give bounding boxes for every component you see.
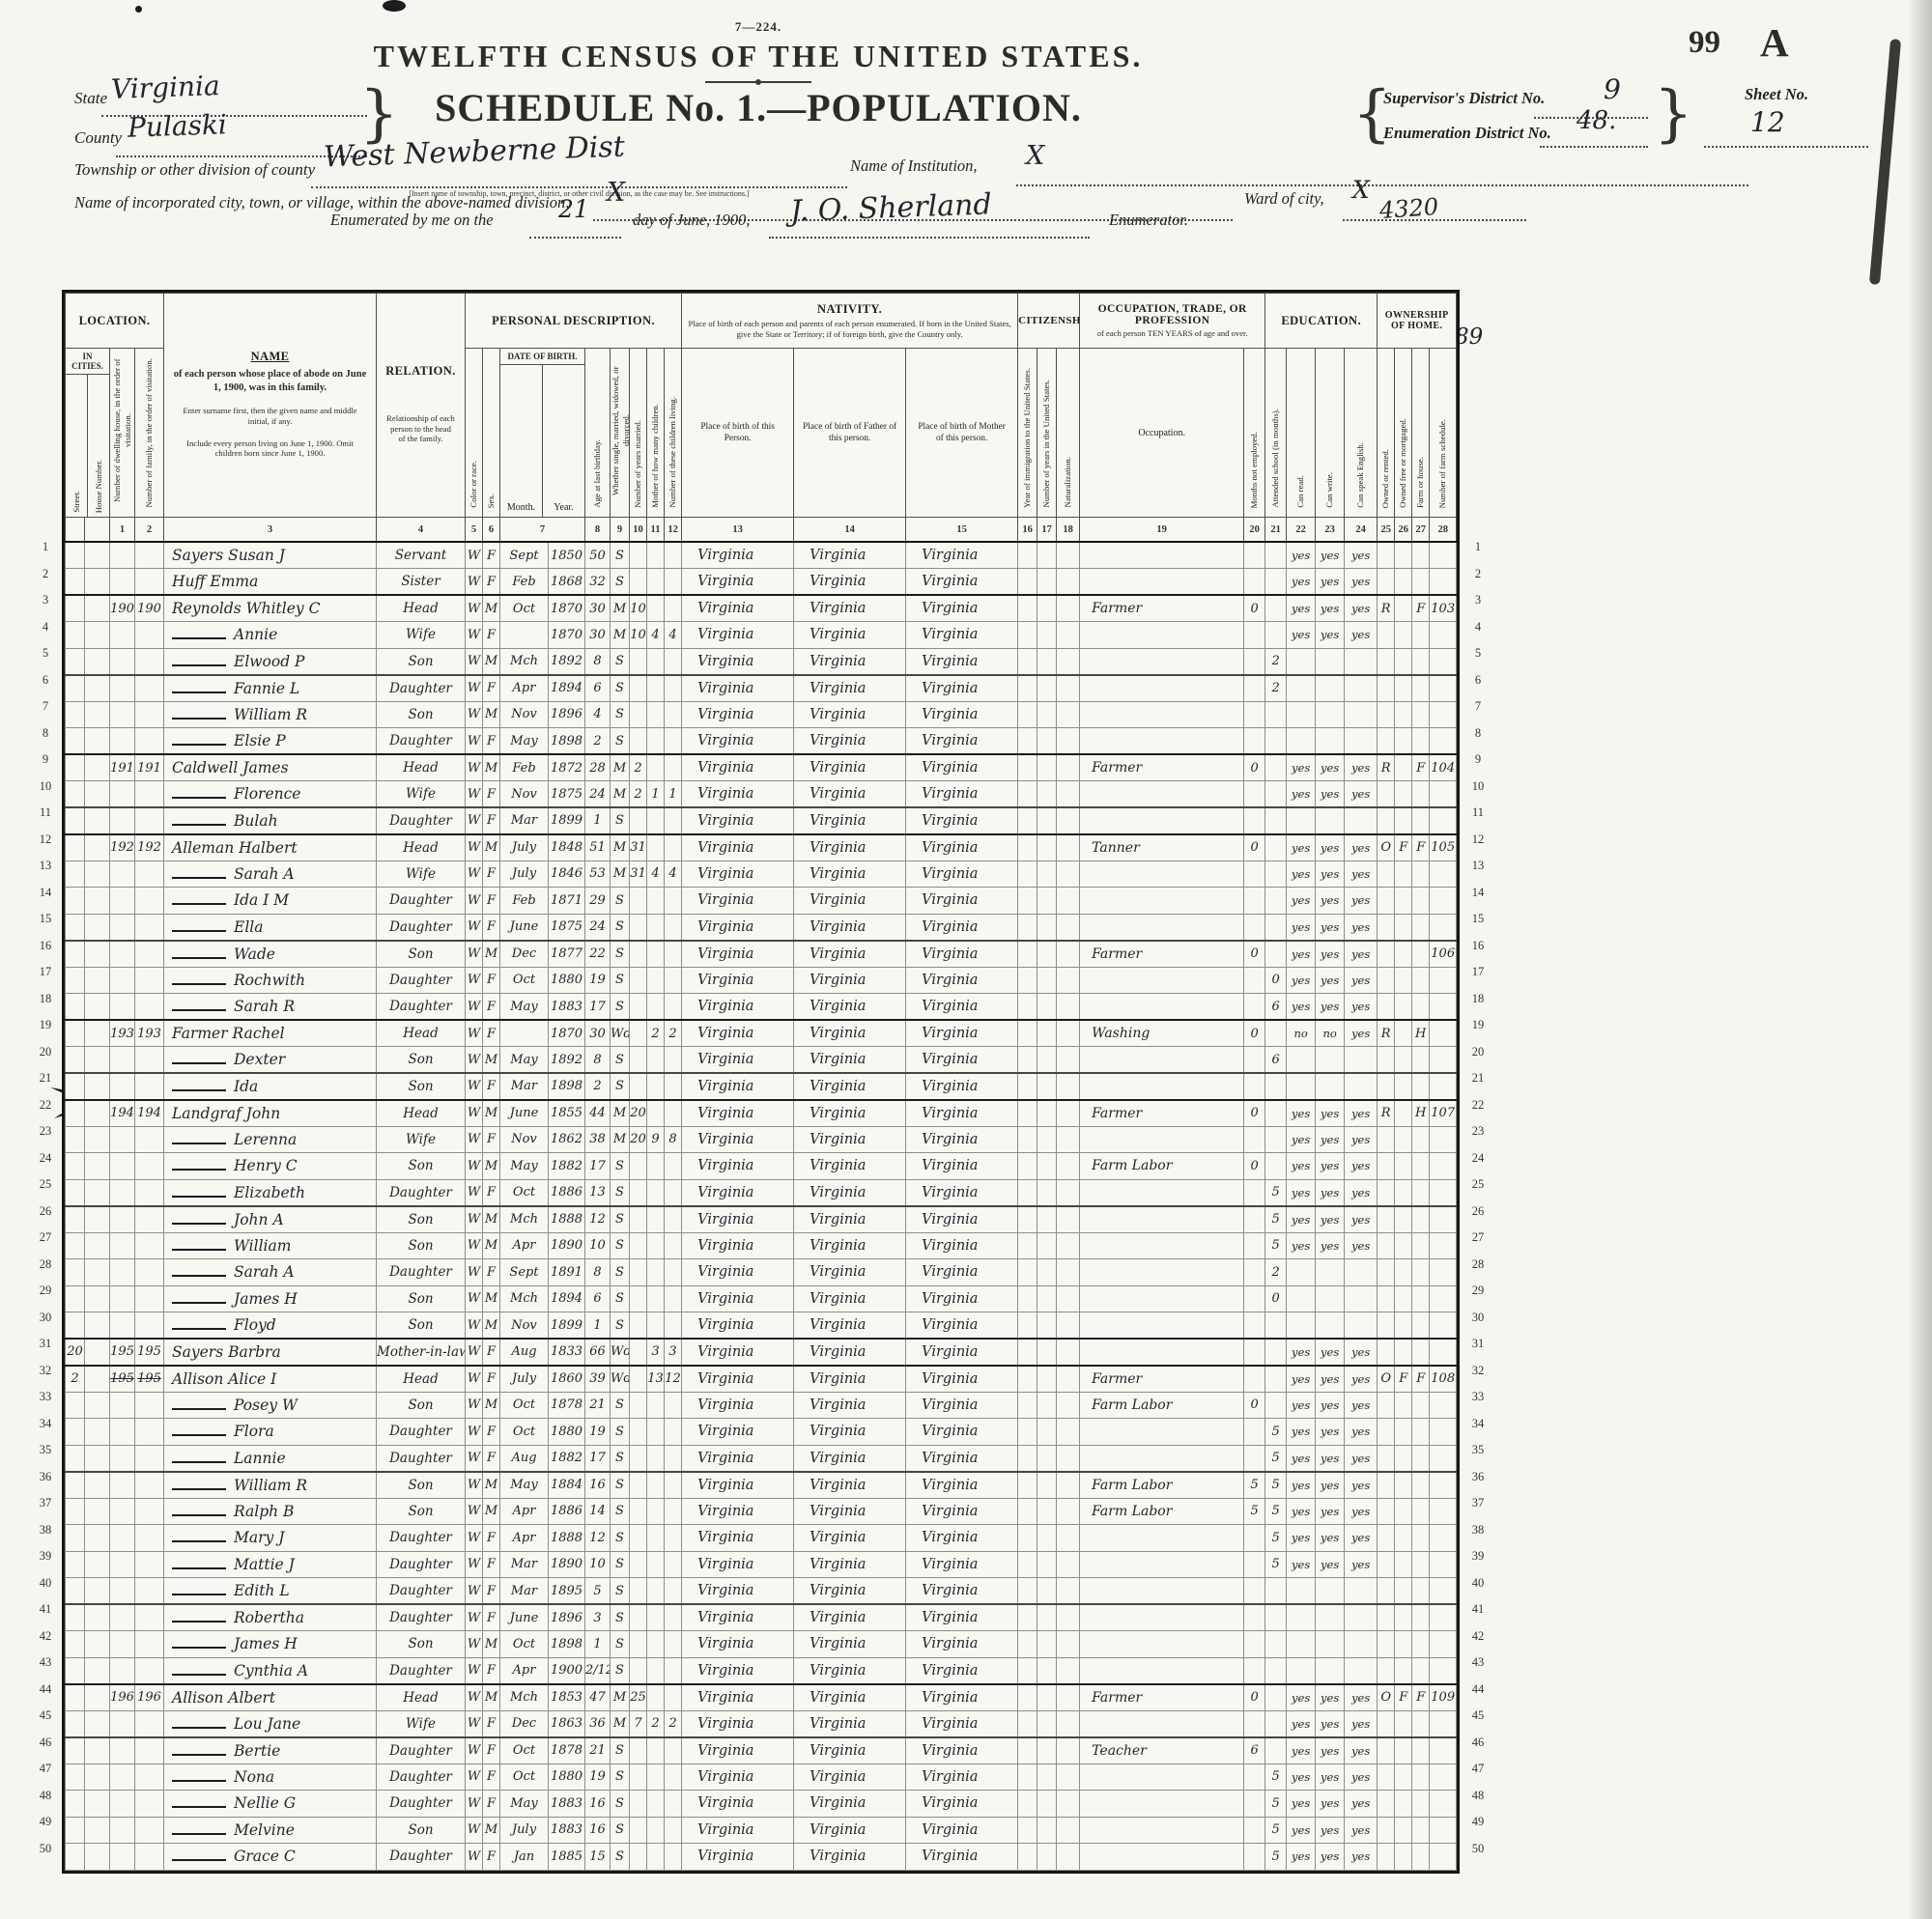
cell-relation: Daughter bbox=[377, 994, 466, 1021]
sheet-value: 12 bbox=[1750, 106, 1785, 138]
cell-sex: F bbox=[483, 1578, 500, 1605]
cell-immigration bbox=[1018, 1392, 1037, 1419]
cell-mother-of bbox=[647, 1525, 665, 1552]
cell-sex: F bbox=[483, 1737, 500, 1764]
cell-can-read: yes bbox=[1287, 1153, 1316, 1180]
cell-immigration bbox=[1018, 1657, 1037, 1684]
person-row: 20195195Sayers BarbraMother-in-lawWFAug1… bbox=[66, 1339, 1457, 1366]
cell-relation: Son bbox=[377, 1073, 466, 1100]
column-number: 12 bbox=[665, 518, 682, 543]
cell-age: 66 bbox=[585, 1339, 611, 1366]
header-free-mortgaged: Owned free or mortgaged. bbox=[1395, 349, 1412, 518]
header-location: LOCATION. bbox=[66, 294, 164, 349]
cell-sex: F bbox=[483, 1339, 500, 1366]
cell-occupation bbox=[1080, 1764, 1244, 1791]
cell-children-living bbox=[665, 1073, 682, 1100]
cell-farm-house bbox=[1412, 675, 1430, 702]
cell-farm-schedule: 104 bbox=[1430, 754, 1457, 781]
cell-street bbox=[66, 701, 85, 728]
cell-can-write: yes bbox=[1316, 941, 1345, 968]
cell-mother-of: 4 bbox=[647, 622, 665, 649]
cell-immigration bbox=[1018, 914, 1037, 941]
cell-color: W bbox=[466, 1259, 483, 1286]
cell-name: Alleman Halbert bbox=[164, 834, 377, 861]
cell-relation: Daughter bbox=[377, 807, 466, 834]
cell-marital: S bbox=[611, 1657, 630, 1684]
cell-attended-school: 2 bbox=[1265, 1259, 1287, 1286]
cell-mother-of bbox=[647, 1844, 665, 1871]
cell-can-speak-english: yes bbox=[1345, 1020, 1378, 1047]
cell-house-number bbox=[85, 1684, 110, 1711]
cell-can-speak-english: yes bbox=[1345, 1179, 1378, 1206]
cell-street bbox=[66, 1419, 85, 1446]
cell-dwelling-number bbox=[110, 1285, 135, 1312]
cell-name: Melvine bbox=[164, 1817, 377, 1844]
sheet-label: Sheet No. bbox=[1745, 85, 1808, 104]
cell-years-married: 2 bbox=[630, 781, 647, 808]
cell-months-not-employed bbox=[1244, 675, 1265, 702]
cell-can-read bbox=[1287, 1578, 1316, 1605]
cell-children-living bbox=[665, 1631, 682, 1658]
signature-line bbox=[769, 236, 1090, 239]
cell-pob-mother: Virginia bbox=[906, 1657, 1018, 1684]
cell-birth-year: 1895 bbox=[549, 1578, 585, 1605]
cell-farm-house bbox=[1412, 701, 1430, 728]
cell-marital: M bbox=[611, 1126, 630, 1153]
cell-age: 44 bbox=[585, 1100, 611, 1127]
cell-age: 2 bbox=[585, 1073, 611, 1100]
cell-immigration bbox=[1018, 994, 1037, 1021]
cell-birth-month: Oct bbox=[500, 1419, 549, 1446]
cell-sex: F bbox=[483, 1657, 500, 1684]
cell-dwelling-number bbox=[110, 1791, 135, 1818]
cell-pob-father: Virginia bbox=[794, 1020, 906, 1047]
cell-can-speak-english: yes bbox=[1345, 569, 1378, 596]
cell-can-write: yes bbox=[1316, 622, 1345, 649]
cell-children-living bbox=[665, 1472, 682, 1499]
cell-pob-person: Virginia bbox=[682, 1817, 794, 1844]
cell-street bbox=[66, 1710, 85, 1737]
line-number: 7 bbox=[33, 693, 58, 720]
cell-years-in-us bbox=[1037, 1657, 1057, 1684]
cell-naturalization bbox=[1057, 1392, 1080, 1419]
cell-pob-person: Virginia bbox=[682, 1578, 794, 1605]
cell-marital: S bbox=[611, 1445, 630, 1472]
cell-immigration bbox=[1018, 569, 1037, 596]
cell-house-number bbox=[85, 1844, 110, 1871]
cell-free-mortgaged bbox=[1395, 1844, 1412, 1871]
cell-dwelling-number: 190 bbox=[110, 595, 135, 622]
person-row: EllaDaughterWFJune187524SVirginiaVirgini… bbox=[66, 914, 1457, 941]
cell-occupation bbox=[1080, 1817, 1244, 1844]
cell-sex: F bbox=[483, 1551, 500, 1578]
cell-birth-year: 1870 bbox=[549, 1020, 585, 1047]
institution-line bbox=[1016, 183, 1748, 186]
title-ornament bbox=[705, 81, 811, 83]
cell-name: Grace C bbox=[164, 1844, 377, 1871]
person-row: DexterSonWMMay18928SVirginiaVirginiaVirg… bbox=[66, 1047, 1457, 1074]
cell-pob-person: Virginia bbox=[682, 542, 794, 569]
cell-color: W bbox=[466, 1392, 483, 1419]
line-number: 24 bbox=[33, 1145, 58, 1172]
cell-years-married bbox=[630, 1445, 647, 1472]
header-name-note1: Enter surname first, then the given name… bbox=[172, 404, 368, 428]
header-can-write: Can write. bbox=[1316, 349, 1345, 518]
cell-can-write bbox=[1316, 675, 1345, 702]
cell-birth-year: 1886 bbox=[549, 1179, 585, 1206]
cell-name: William R bbox=[164, 701, 377, 728]
cell-years-married: 31 bbox=[630, 861, 647, 888]
cell-months-not-employed bbox=[1244, 701, 1265, 728]
cell-dwelling-number bbox=[110, 1631, 135, 1658]
cell-family-number bbox=[135, 1525, 164, 1552]
cell-attended-school bbox=[1265, 1631, 1287, 1658]
cell-pob-mother: Virginia bbox=[906, 1764, 1018, 1791]
header-occupation: Occupation. bbox=[1080, 349, 1244, 518]
line-number: 33 bbox=[1465, 1384, 1491, 1411]
cell-mother-of bbox=[647, 701, 665, 728]
cell-mother-of: 2 bbox=[647, 1710, 665, 1737]
cell-age: 30 bbox=[585, 622, 611, 649]
cell-birth-month: Oct bbox=[500, 967, 549, 994]
surname-ditto-line bbox=[172, 791, 226, 799]
cell-farm-house bbox=[1412, 1419, 1430, 1446]
cell-name: Henry C bbox=[164, 1153, 377, 1180]
cell-relation: Daughter bbox=[377, 1445, 466, 1472]
cell-farm-schedule bbox=[1430, 861, 1457, 888]
cell-farm-schedule: 108 bbox=[1430, 1366, 1457, 1393]
cell-occupation bbox=[1080, 967, 1244, 994]
cell-farm-house bbox=[1412, 781, 1430, 808]
cell-free-mortgaged bbox=[1395, 701, 1412, 728]
enumerated-day: 21 bbox=[558, 195, 589, 223]
cell-age: 6 bbox=[585, 1285, 611, 1312]
cell-dwelling-number bbox=[110, 1312, 135, 1340]
cell-age: 24 bbox=[585, 781, 611, 808]
cell-pob-mother: Virginia bbox=[906, 1419, 1018, 1446]
cell-family-number bbox=[135, 1764, 164, 1791]
cell-street bbox=[66, 1232, 85, 1259]
cell-farm-house bbox=[1412, 1339, 1430, 1366]
cell-occupation: Farm Labor bbox=[1080, 1153, 1244, 1180]
cell-family-number bbox=[135, 1285, 164, 1312]
cell-birth-year: 1877 bbox=[549, 941, 585, 968]
cell-children-living bbox=[665, 1312, 682, 1340]
cell-attended-school: 5 bbox=[1265, 1844, 1287, 1871]
cell-occupation bbox=[1080, 648, 1244, 675]
cell-months-not-employed bbox=[1244, 1445, 1265, 1472]
cell-can-speak-english: yes bbox=[1345, 1126, 1378, 1153]
cell-pob-father: Virginia bbox=[794, 1657, 906, 1684]
header-dob: DATE OF BIRTH. Month. Year. bbox=[500, 349, 585, 518]
header-dob-month: Month. bbox=[500, 365, 542, 517]
header-family-number: Number of family, in the order of visita… bbox=[135, 349, 164, 518]
cell-birth-year: 1855 bbox=[549, 1100, 585, 1127]
cell-can-speak-english: yes bbox=[1345, 1419, 1378, 1446]
cell-free-mortgaged bbox=[1395, 1206, 1412, 1233]
cell-color: W bbox=[466, 1525, 483, 1552]
cell-sex: F bbox=[483, 1419, 500, 1446]
cell-farm-schedule bbox=[1430, 1551, 1457, 1578]
line-number: 43 bbox=[1465, 1650, 1491, 1677]
cell-naturalization bbox=[1057, 728, 1080, 755]
cell-can-speak-english: yes bbox=[1345, 1791, 1378, 1818]
cell-house-number bbox=[85, 1100, 110, 1127]
cell-can-read: yes bbox=[1287, 861, 1316, 888]
cell-free-mortgaged bbox=[1395, 1604, 1412, 1631]
cell-can-write: no bbox=[1316, 1020, 1345, 1047]
cell-dwelling-number bbox=[110, 1844, 135, 1871]
cell-house-number bbox=[85, 1710, 110, 1737]
cell-can-read: yes bbox=[1287, 834, 1316, 861]
cell-months-not-employed bbox=[1244, 1232, 1265, 1259]
cell-farm-house bbox=[1412, 1764, 1430, 1791]
cell-farm-schedule bbox=[1430, 728, 1457, 755]
cell-relation: Son bbox=[377, 941, 466, 968]
cell-can-speak-english bbox=[1345, 728, 1378, 755]
cell-naturalization bbox=[1057, 861, 1080, 888]
cell-family-number: 190 bbox=[135, 595, 164, 622]
surname-ditto-line bbox=[172, 924, 226, 932]
cell-attended-school bbox=[1265, 1737, 1287, 1764]
cell-birth-year: 1880 bbox=[549, 967, 585, 994]
cell-owned-rented bbox=[1378, 994, 1395, 1021]
enumeration-value: 48. bbox=[1577, 106, 1616, 135]
header-personal: PERSONAL DESCRIPTION. bbox=[466, 294, 682, 349]
cell-years-married: 2 bbox=[630, 754, 647, 781]
cell-age: 29 bbox=[585, 888, 611, 915]
surname-ditto-line bbox=[172, 1084, 226, 1091]
schedule-title: SCHEDULE No. 1.—POPULATION. bbox=[406, 85, 1111, 130]
cell-free-mortgaged bbox=[1395, 569, 1412, 596]
cell-children-living bbox=[665, 1047, 682, 1074]
cell-can-write: yes bbox=[1316, 861, 1345, 888]
cell-can-write bbox=[1316, 648, 1345, 675]
cell-months-not-employed bbox=[1244, 648, 1265, 675]
cell-years-married bbox=[630, 807, 647, 834]
cell-naturalization bbox=[1057, 1153, 1080, 1180]
cell-relation: Son bbox=[377, 1047, 466, 1074]
cell-farm-schedule bbox=[1430, 914, 1457, 941]
cell-mother-of bbox=[647, 1153, 665, 1180]
cell-can-speak-english bbox=[1345, 701, 1378, 728]
header-pob-mother: Place of birth of Mother of this person. bbox=[906, 349, 1018, 518]
line-number: 10 bbox=[1465, 774, 1491, 801]
cell-occupation bbox=[1080, 1657, 1244, 1684]
cell-pob-person: Virginia bbox=[682, 1073, 794, 1100]
cell-farm-house bbox=[1412, 1047, 1430, 1074]
cell-pob-mother: Virginia bbox=[906, 1153, 1018, 1180]
cell-street bbox=[66, 861, 85, 888]
line-number: 50 bbox=[1465, 1836, 1491, 1863]
cell-birth-month: Oct bbox=[500, 595, 549, 622]
cell-street bbox=[66, 1020, 85, 1047]
cell-name: Floyd bbox=[164, 1312, 377, 1340]
cell-relation: Daughter bbox=[377, 888, 466, 915]
cell-sex: M bbox=[483, 1472, 500, 1499]
line-number: 24 bbox=[1465, 1145, 1491, 1172]
cell-pob-father: Virginia bbox=[794, 1073, 906, 1100]
cell-farm-house bbox=[1412, 994, 1430, 1021]
cell-can-speak-english bbox=[1345, 1578, 1378, 1605]
cell-mother-of bbox=[647, 941, 665, 968]
line-number: 1 bbox=[33, 534, 58, 561]
cell-free-mortgaged: F bbox=[1395, 834, 1412, 861]
cell-pob-father: Virginia bbox=[794, 888, 906, 915]
cell-years-in-us bbox=[1037, 1339, 1057, 1366]
cell-dwelling-number bbox=[110, 1047, 135, 1074]
cell-immigration bbox=[1018, 1445, 1037, 1472]
cell-years-in-us bbox=[1037, 1206, 1057, 1233]
person-row: Ida I MDaughterWFFeb187129SVirginiaVirgi… bbox=[66, 888, 1457, 915]
cell-color: W bbox=[466, 1737, 483, 1764]
cell-occupation bbox=[1080, 675, 1244, 702]
cell-farm-house bbox=[1412, 1551, 1430, 1578]
cell-family-number bbox=[135, 914, 164, 941]
cell-owned-rented bbox=[1378, 1525, 1395, 1552]
cell-dwelling-number bbox=[110, 1126, 135, 1153]
cell-immigration bbox=[1018, 1285, 1037, 1312]
cell-family-number bbox=[135, 1259, 164, 1286]
column-number: 21 bbox=[1265, 518, 1287, 543]
cell-birth-month: Oct bbox=[500, 1764, 549, 1791]
cell-owned-rented bbox=[1378, 1232, 1395, 1259]
cell-years-in-us bbox=[1037, 967, 1057, 994]
cell-birth-month: Oct bbox=[500, 1737, 549, 1764]
cell-attended-school bbox=[1265, 941, 1287, 968]
header-dwelling-number: Number of dwelling house, in the order o… bbox=[110, 349, 135, 518]
cell-name: Allison Albert bbox=[164, 1684, 377, 1711]
cell-years-in-us bbox=[1037, 1100, 1057, 1127]
cell-birth-month: June bbox=[500, 914, 549, 941]
cell-age: 8 bbox=[585, 1259, 611, 1286]
institution-label: Name of Institution, bbox=[850, 156, 978, 176]
cell-pob-person: Virginia bbox=[682, 1791, 794, 1818]
cell-years-married bbox=[630, 1020, 647, 1047]
header-citizenship: CITIZENSHIP. bbox=[1018, 294, 1080, 349]
cell-birth-year: 1884 bbox=[549, 1472, 585, 1499]
cell-pob-father: Virginia bbox=[794, 1366, 906, 1393]
cell-street bbox=[66, 1259, 85, 1286]
cell-pob-father: Virginia bbox=[794, 1126, 906, 1153]
line-number: 9 bbox=[1465, 747, 1491, 774]
cell-years-in-us bbox=[1037, 1710, 1057, 1737]
cell-attended-school bbox=[1265, 1312, 1287, 1340]
cell-immigration bbox=[1018, 807, 1037, 834]
cell-naturalization bbox=[1057, 648, 1080, 675]
cell-naturalization bbox=[1057, 1657, 1080, 1684]
cell-can-write: yes bbox=[1316, 1764, 1345, 1791]
cell-years-in-us bbox=[1037, 994, 1057, 1021]
cell-marital: S bbox=[611, 1472, 630, 1499]
cell-house-number bbox=[85, 754, 110, 781]
line-number: 34 bbox=[33, 1411, 58, 1438]
cell-street bbox=[66, 994, 85, 1021]
cell-can-speak-english: yes bbox=[1345, 1232, 1378, 1259]
cell-years-in-us bbox=[1037, 1631, 1057, 1658]
cell-can-read: yes bbox=[1287, 1419, 1316, 1446]
cell-dwelling-number bbox=[110, 1445, 135, 1472]
cell-years-in-us bbox=[1037, 1525, 1057, 1552]
header-name-note2: Include every person living on June 1, 1… bbox=[172, 437, 368, 461]
cell-color: W bbox=[466, 1206, 483, 1233]
cell-pob-father: Virginia bbox=[794, 967, 906, 994]
cell-years-married bbox=[630, 1657, 647, 1684]
cell-birth-year: 1891 bbox=[549, 1259, 585, 1286]
cell-can-write bbox=[1316, 1578, 1345, 1605]
cell-sex: F bbox=[483, 728, 500, 755]
cell-years-married bbox=[630, 1498, 647, 1525]
cell-age: 12 bbox=[585, 1525, 611, 1552]
cell-attended-school bbox=[1265, 914, 1287, 941]
supervisor-value: 9 bbox=[1604, 73, 1621, 105]
header-can-speak-english: Can speak English. bbox=[1345, 349, 1378, 518]
cell-farm-house bbox=[1412, 728, 1430, 755]
cell-dwelling-number bbox=[110, 1578, 135, 1605]
cell-family-number bbox=[135, 1551, 164, 1578]
county-value: Pulaski bbox=[127, 108, 227, 144]
township-line bbox=[311, 185, 847, 188]
cell-pob-person: Virginia bbox=[682, 1684, 794, 1711]
cell-relation: Sister bbox=[377, 569, 466, 596]
cell-pob-mother: Virginia bbox=[906, 675, 1018, 702]
cell-owned-rented bbox=[1378, 1710, 1395, 1737]
cell-color: W bbox=[466, 1604, 483, 1631]
cell-can-speak-english: yes bbox=[1345, 1445, 1378, 1472]
cell-can-read: yes bbox=[1287, 569, 1316, 596]
cell-free-mortgaged bbox=[1395, 888, 1412, 915]
cell-immigration bbox=[1018, 781, 1037, 808]
cell-street: 20 bbox=[66, 1339, 85, 1366]
cell-marital: M bbox=[611, 781, 630, 808]
cell-relation: Daughter bbox=[377, 1551, 466, 1578]
cell-years-in-us bbox=[1037, 1844, 1057, 1871]
cell-color: W bbox=[466, 1020, 483, 1047]
cell-immigration bbox=[1018, 1206, 1037, 1233]
cell-attended-school bbox=[1265, 1366, 1287, 1393]
enumerator-signature: J. O. Sherland bbox=[789, 187, 992, 228]
cell-years-married bbox=[630, 1791, 647, 1818]
cell-sex: M bbox=[483, 834, 500, 861]
cell-free-mortgaged bbox=[1395, 1047, 1412, 1074]
cell-attended-school: 5 bbox=[1265, 1179, 1287, 1206]
cell-owned-rented bbox=[1378, 1791, 1395, 1818]
cell-house-number bbox=[85, 1232, 110, 1259]
cell-farm-schedule bbox=[1430, 648, 1457, 675]
cell-occupation bbox=[1080, 1073, 1244, 1100]
surname-ditto-line bbox=[172, 1428, 226, 1436]
cell-months-not-employed bbox=[1244, 1285, 1265, 1312]
cell-months-not-employed: 0 bbox=[1244, 941, 1265, 968]
cell-years-married bbox=[630, 967, 647, 994]
cell-can-read: yes bbox=[1287, 1179, 1316, 1206]
cell-birth-month bbox=[500, 622, 549, 649]
cell-house-number bbox=[85, 807, 110, 834]
cell-owned-rented bbox=[1378, 967, 1395, 994]
cell-free-mortgaged bbox=[1395, 1472, 1412, 1499]
cell-pob-mother: Virginia bbox=[906, 1206, 1018, 1233]
cell-pob-person: Virginia bbox=[682, 781, 794, 808]
cell-family-number bbox=[135, 807, 164, 834]
cell-owned-rented bbox=[1378, 1737, 1395, 1764]
cell-attended-school: 6 bbox=[1265, 994, 1287, 1021]
cell-house-number bbox=[85, 1764, 110, 1791]
cell-age: 51 bbox=[585, 834, 611, 861]
cell-sex: F bbox=[483, 1366, 500, 1393]
cell-years-married bbox=[630, 1206, 647, 1233]
cell-house-number bbox=[85, 781, 110, 808]
cell-family-number: 194 bbox=[135, 1100, 164, 1127]
